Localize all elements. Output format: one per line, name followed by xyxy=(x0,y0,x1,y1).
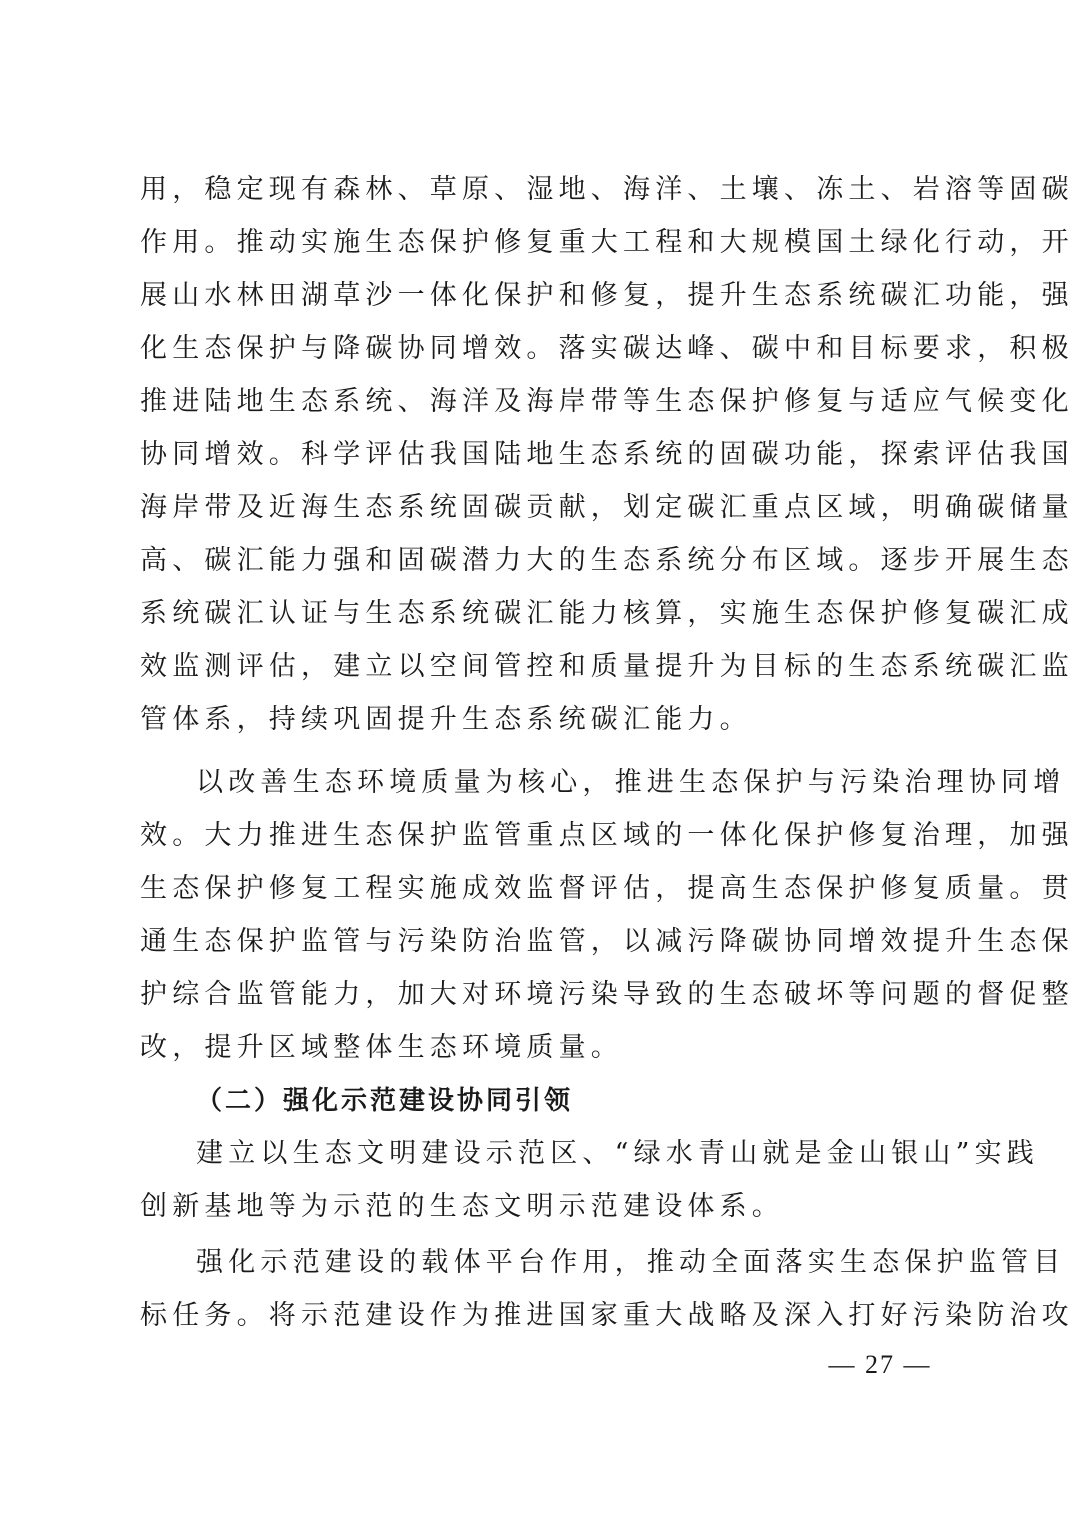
text-line: 用，稳定现有森林、草原、湿地、海洋、土壤、冻土、岩溶等固碳 xyxy=(140,172,940,208)
text-line: 系统碳汇认证与生态系统碳汇能力核算，实施生态保护修复碳汇成 xyxy=(140,596,940,632)
text-line: 展山水林田湖草沙一体化保护和修复，提升生态系统碳汇功能，强 xyxy=(140,278,940,314)
text-line: 创新基地等为示范的生态文明示范建设体系。 xyxy=(140,1189,940,1225)
text-line: 海岸带及近海生态系统固碳贡献，划定碳汇重点区域，明确碳储量 xyxy=(140,490,940,526)
document-page: 用，稳定现有森林、草原、湿地、海洋、土壤、冻土、岩溶等固碳 作用。推动实施生态保… xyxy=(0,0,1080,1527)
text-line: 强化示范建设的载体平台作用，推动全面落实生态保护监管目 xyxy=(196,1245,940,1281)
text-line: 护综合监管能力，加大对环境污染导致的生态破坏等问题的督促整 xyxy=(140,977,940,1013)
text-line: 作用。推动实施生态保护修复重大工程和大规模国土绿化行动，开 xyxy=(140,225,940,261)
text-line: 协同增效。科学评估我国陆地生态系统的固碳功能，探索评估我国 xyxy=(140,437,940,473)
page-number: — 27 — xyxy=(820,1350,940,1380)
text-line: 通生态保护监管与污染防治监管，以减污降碳协同增效提升生态保 xyxy=(140,924,940,960)
text-line: 生态保护修复工程实施成效监督评估，提高生态保护修复质量。贯 xyxy=(140,871,940,907)
text-line: 化生态保护与降碳协同增效。落实碳达峰、碳中和目标要求，积极 xyxy=(140,331,940,367)
text-line: 效监测评估，建立以空间管控和质量提升为目标的生态系统碳汇监 xyxy=(140,649,940,685)
section-heading: （二）强化示范建设协同引领 xyxy=(196,1083,996,1119)
text-line: 高、碳汇能力强和固碳潜力大的生态系统分布区域。逐步开展生态 xyxy=(140,543,940,579)
text-line: 改，提升区域整体生态环境质量。 xyxy=(140,1030,940,1066)
text-line: 推进陆地生态系统、海洋及海岸带等生态保护修复与适应气候变化 xyxy=(140,384,940,420)
text-line: 效。大力推进生态保护监管重点区域的一体化保护修复治理，加强 xyxy=(140,818,940,854)
text-line: 标任务。将示范建设作为推进国家重大战略及深入打好污染防治攻 xyxy=(140,1298,940,1334)
text-line: 管体系，持续巩固提升生态系统碳汇能力。 xyxy=(140,702,940,738)
text-line: 建立以生态文明建设示范区、“绿水青山就是金山银山”实践 xyxy=(196,1136,940,1172)
text-line: 以改善生态环境质量为核心，推进生态保护与污染治理协同增 xyxy=(196,765,940,801)
